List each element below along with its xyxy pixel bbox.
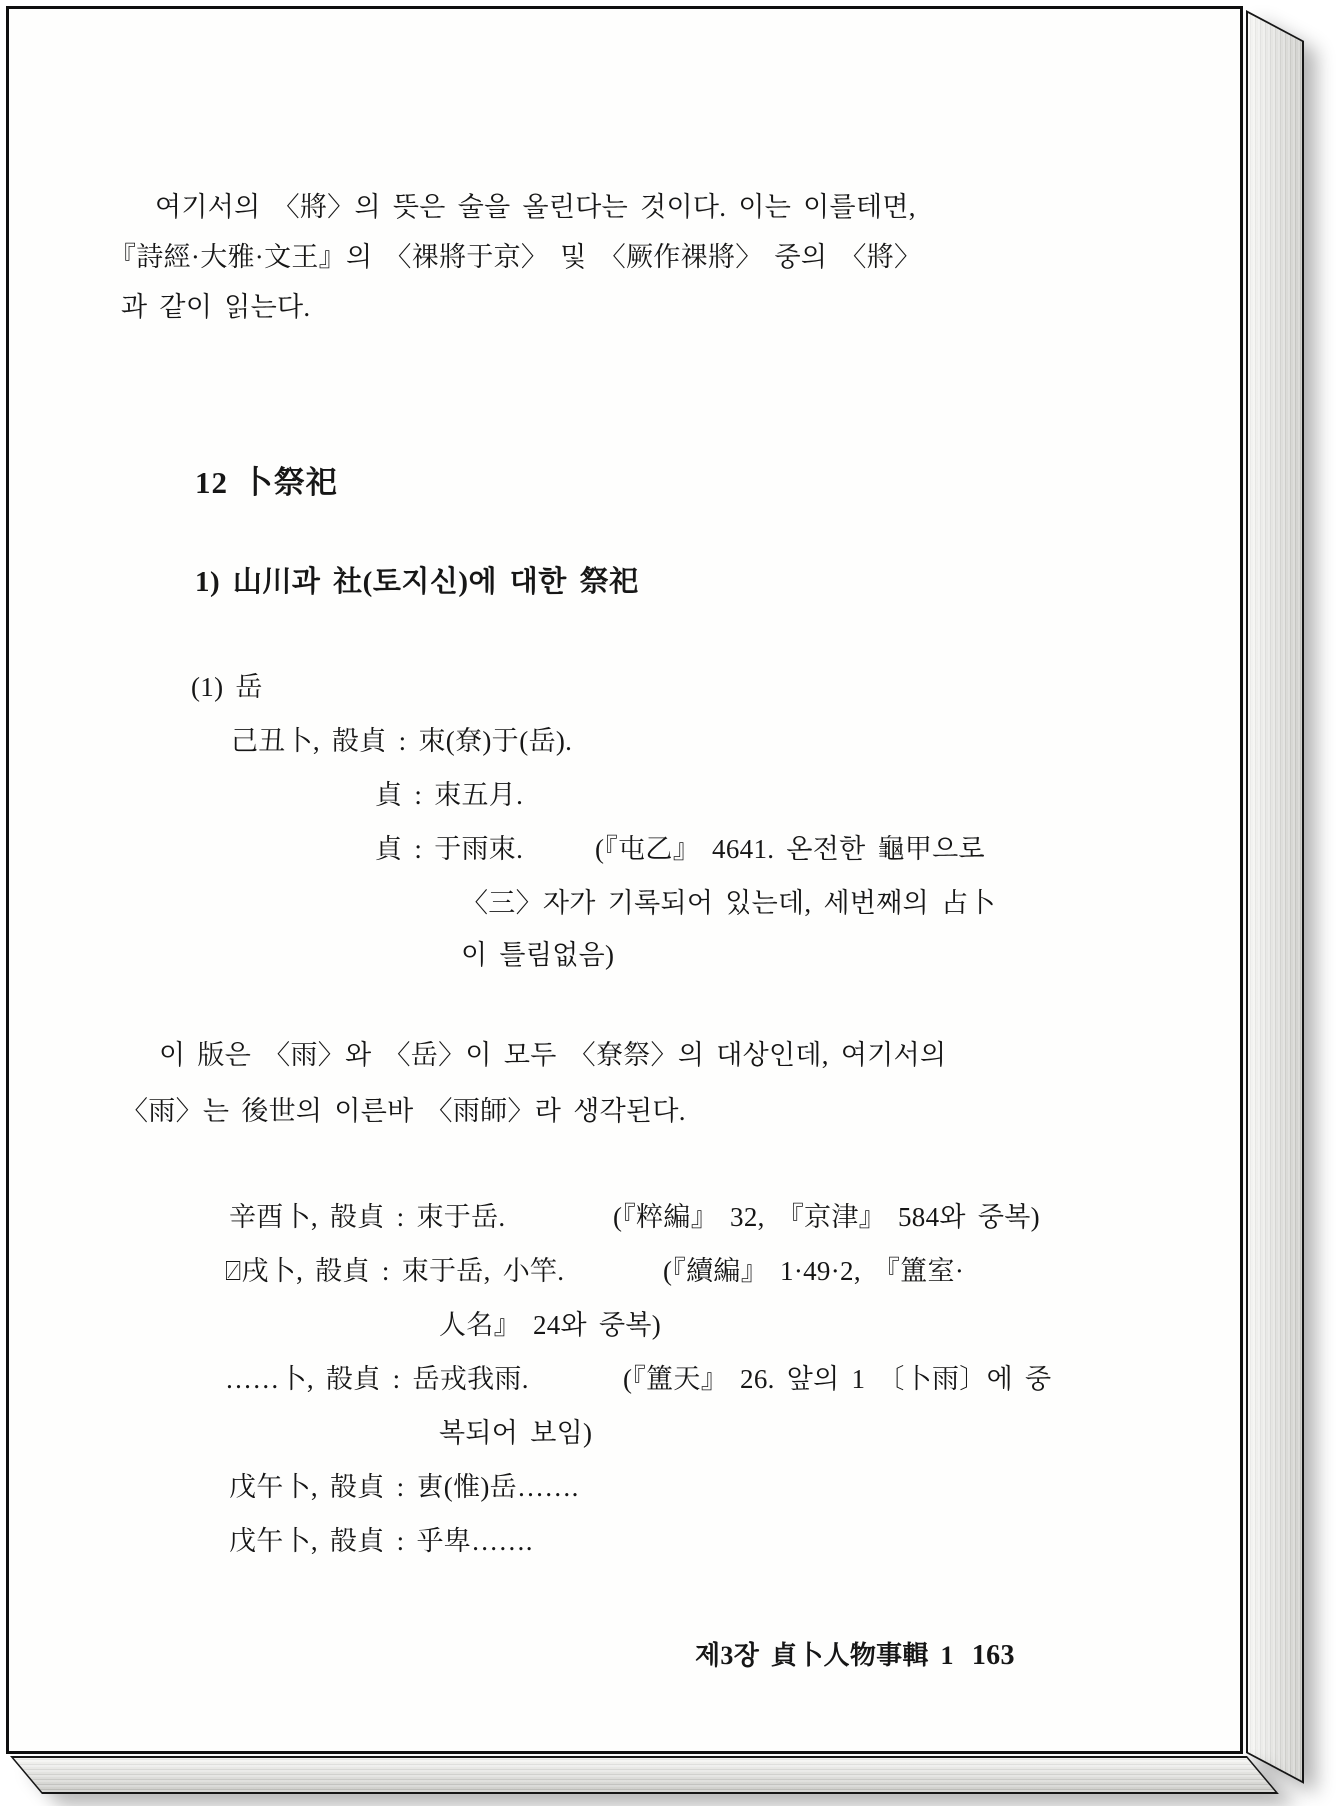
book-page: 여기서의 〈將〉의 뜻은 술을 올린다는 것이다. 이는 이를테면, 『詩經·大… bbox=[6, 6, 1243, 1754]
inscription-line: 己丑卜, 㱿貞 : 朿(尞)于𡷨(岳). bbox=[231, 719, 572, 758]
citation: (『粹編』 32, 『京津』 584와 중복) bbox=[613, 1195, 1040, 1234]
footer-chapter-title: 제3장 貞卜人物事輯 1 bbox=[695, 1641, 954, 1670]
paragraph1-line2: 『詩經·大雅·文王』의 〈祼將于京〉 및 〈厥作祼將〉 중의 〈將〉 bbox=[109, 235, 921, 274]
inscription-line: 戊午卜, 㱿貞 : 乎卑……. bbox=[229, 1519, 533, 1558]
item-label: (1) 岳 bbox=[191, 665, 263, 704]
citation-continuation: 이 틀림없음) bbox=[461, 933, 614, 972]
inscription-line: 戊午卜, 㱿貞 : 叀(惟)岳……. bbox=[229, 1465, 579, 1504]
citation-continuation: 人名』 24와 중복) bbox=[439, 1303, 661, 1342]
book-scan: 여기서의 〈將〉의 뜻은 술을 올린다는 것이다. 이는 이를테면, 『詩經·大… bbox=[0, 0, 1342, 1806]
paragraph2-line2: 〈雨〉는 後世의 이른바 〈雨師〉라 생각된다. bbox=[121, 1089, 686, 1128]
paragraph1-line3: 과 같이 읽는다. bbox=[121, 285, 310, 324]
footer-chapter: 제3장 貞卜人物事輯 1163 bbox=[695, 1635, 1015, 1672]
inscription-line: 貞 : 朿五月. bbox=[375, 773, 523, 812]
paragraph2-line1: 이 版은 〈雨〉와 〈岳〉이 모두 〈尞祭〉의 대상인데, 여기서의 bbox=[159, 1033, 946, 1072]
section-heading: 12 卜祭祀 bbox=[195, 457, 338, 502]
inscription-line: ……卜, 㱿貞 : 岳戎我雨. bbox=[225, 1357, 529, 1396]
citation: (『屯乙』 4641. 온전한 龜甲으로 bbox=[595, 827, 985, 866]
inscription-line: 辛酉卜, 㱿貞 : 朿于岳. bbox=[229, 1195, 505, 1234]
book-page-edge-right bbox=[1246, 10, 1304, 1784]
citation: (『簠天』 26. 앞의 1 〔卜雨〕에 중 bbox=[623, 1357, 1051, 1396]
inscription-line: ⍁戌卜, 㱿貞 : 朿于岳, 小竿. bbox=[225, 1249, 564, 1288]
subsection-heading: 1) 山川과 社(토지신)에 대한 祭祀 bbox=[195, 559, 639, 600]
citation-continuation: 복되어 보임) bbox=[439, 1411, 592, 1450]
book-page-edge-bottom bbox=[10, 1756, 1279, 1794]
inscription-line: 貞 : 于雨朿. bbox=[375, 827, 523, 866]
footer-page-number: 163 bbox=[972, 1640, 1015, 1671]
paragraph1-line1: 여기서의 〈將〉의 뜻은 술을 올린다는 것이다. 이는 이를테면, bbox=[155, 185, 916, 224]
citation: (『續編』 1·49·2, 『簠室· bbox=[663, 1249, 964, 1288]
citation-continuation: 〈三〉자가 기록되어 있는데, 세번째의 占卜 bbox=[461, 881, 996, 920]
